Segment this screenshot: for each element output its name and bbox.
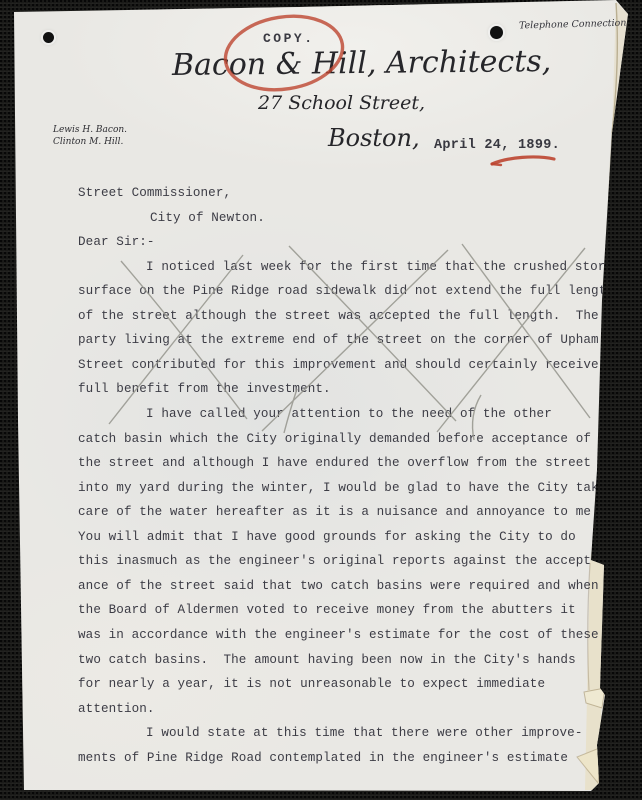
- typed-line: the street and although I have endured t…: [78, 456, 591, 470]
- city-name: Boston,: [328, 124, 420, 152]
- punch-hole-left: [43, 32, 54, 43]
- letter-paper: COPY. Bacon & Hill, Architects, 27 Schoo…: [0, 0, 642, 800]
- typed-line: You will admit that I have good grounds …: [78, 530, 576, 544]
- typed-line: care of the water hereafter as it is a n…: [78, 505, 599, 519]
- copy-stamp: COPY.: [263, 31, 315, 46]
- typed-line: surface on the Pine Ridge road sidewalk …: [78, 284, 614, 298]
- partner-name: Lewis H. Bacon.: [53, 125, 127, 137]
- typed-line: this inasmuch as the engineer's original…: [78, 554, 599, 568]
- typed-line: I have called your attention to the need…: [146, 407, 552, 421]
- typed-line: I noticed last week for the first time t…: [146, 260, 605, 274]
- typed-line: catch basin which the City originally de…: [78, 432, 591, 446]
- partner-names: Lewis H. Bacon. Clinton M. Hill.: [53, 125, 127, 148]
- typed-line: attention.: [78, 702, 155, 716]
- typed-line: two catch basins. The amount having been…: [78, 653, 576, 667]
- typed-line: of the street although the street was ac…: [78, 309, 599, 323]
- typed-line: for nearly a year, it is not unreasonabl…: [78, 677, 545, 691]
- typed-line: ments of Pine Ridge Road contemplated in…: [78, 751, 568, 765]
- typed-line: Street Commissioner,: [78, 186, 231, 200]
- typed-line: Street contributed for this improvement …: [78, 358, 599, 372]
- photo-background: COPY. Bacon & Hill, Architects, 27 Schoo…: [0, 0, 642, 800]
- typed-line: City of Newton.: [150, 211, 265, 225]
- street-address: 27 School Street,: [258, 92, 425, 114]
- firm-name: Bacon & Hill, Architects,: [172, 44, 552, 83]
- telephone-note: Telephone Connection:: [519, 18, 630, 32]
- typed-line: was in accordance with the engineer's es…: [78, 628, 599, 642]
- typed-line: into my yard during the winter, I would …: [78, 481, 599, 495]
- typed-line: party living at the extreme end of the s…: [78, 333, 599, 347]
- typed-line: Dear Sir:-: [78, 235, 155, 249]
- punch-hole-right: [490, 26, 503, 39]
- partner-name: Clinton M. Hill.: [53, 137, 127, 149]
- red-date-underline: [492, 157, 554, 165]
- typed-line: ance of the street said that two catch b…: [78, 579, 599, 593]
- typed-line: full benefit from the investment.: [78, 382, 331, 396]
- typed-line: I would state at this time that there we…: [146, 726, 582, 740]
- typed-line: the Board of Aldermen voted to receive m…: [78, 603, 576, 617]
- letter-date: April 24, 1899.: [434, 138, 560, 153]
